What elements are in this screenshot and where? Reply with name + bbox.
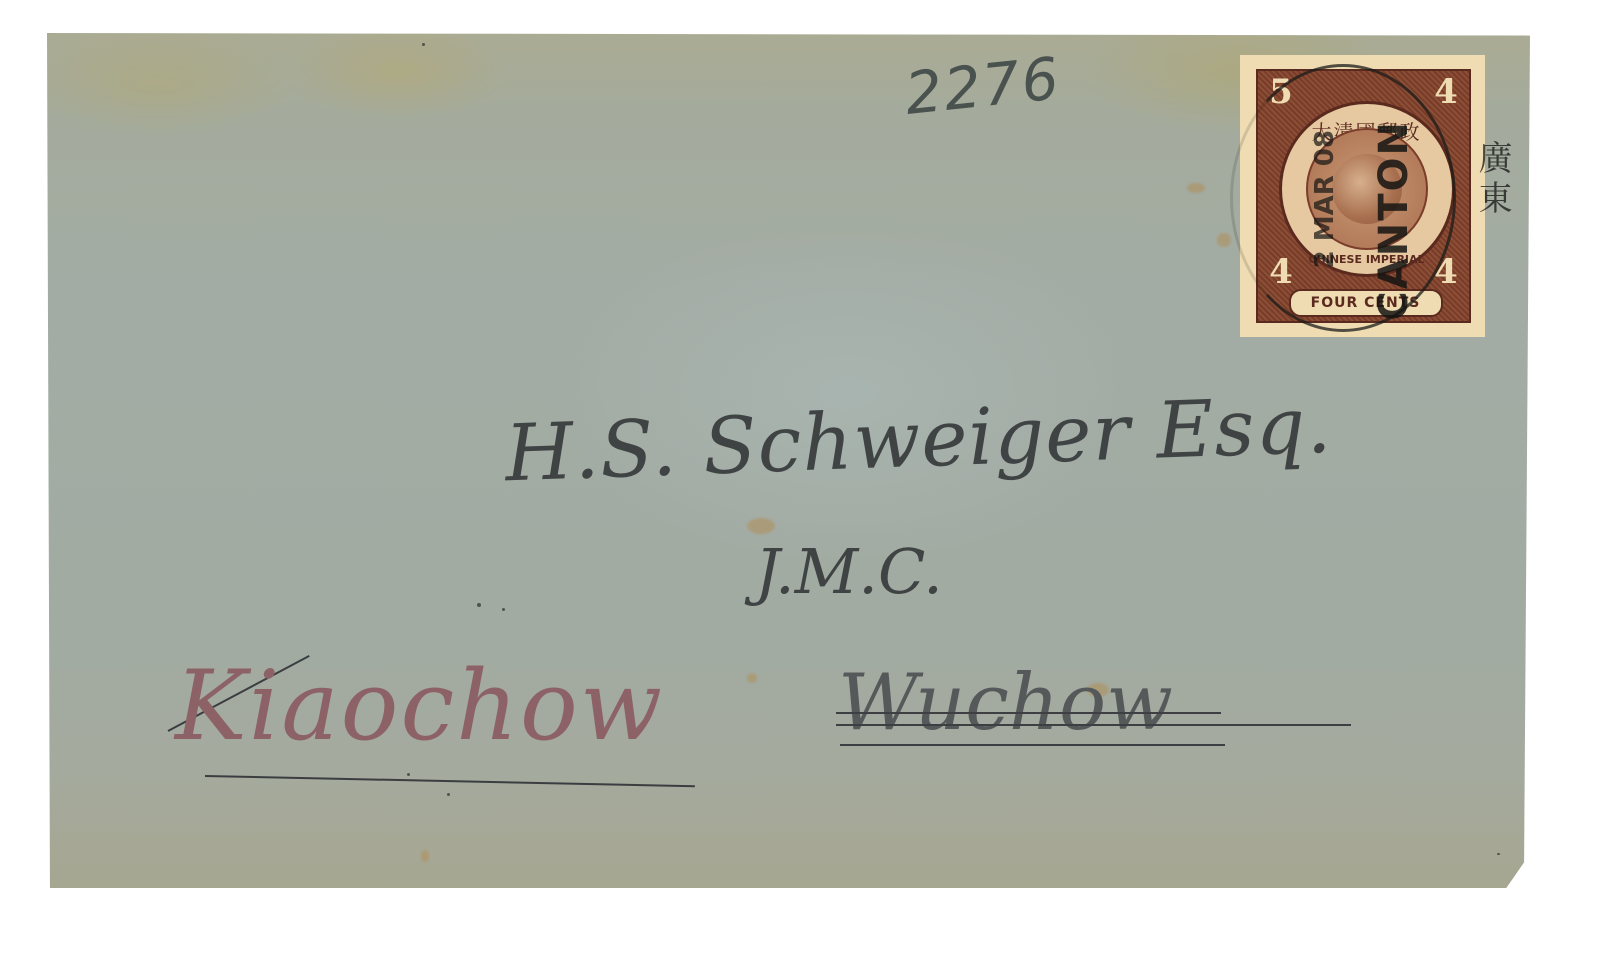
redirected-destination: Kiaochow (175, 650, 664, 762)
paper-toning (47, 768, 1530, 888)
speck (502, 608, 505, 611)
postmark-city: CANTON (1374, 120, 1434, 321)
foxing-stain (747, 673, 757, 683)
speck (407, 773, 410, 776)
speck (422, 43, 425, 46)
speck (1497, 853, 1500, 855)
strikethrough-line (840, 744, 1225, 746)
postmark-date: 2 MAR 08 (1310, 130, 1340, 268)
postmark-chinese-text: 廣東 (1468, 140, 1517, 220)
strikethrough-line (836, 724, 1351, 726)
stamp-corner-value: 4 (1427, 73, 1465, 111)
foxing-stain (1187, 183, 1205, 193)
foxing-stain (1217, 233, 1231, 247)
speck (477, 603, 481, 607)
foxing-stain (421, 850, 429, 862)
original-destination: Wuchow (838, 658, 1173, 748)
addressee-company: J.M.C. (755, 535, 943, 608)
strikethrough-line (836, 712, 1221, 714)
speck (447, 793, 450, 796)
foxing-stain (747, 518, 775, 534)
